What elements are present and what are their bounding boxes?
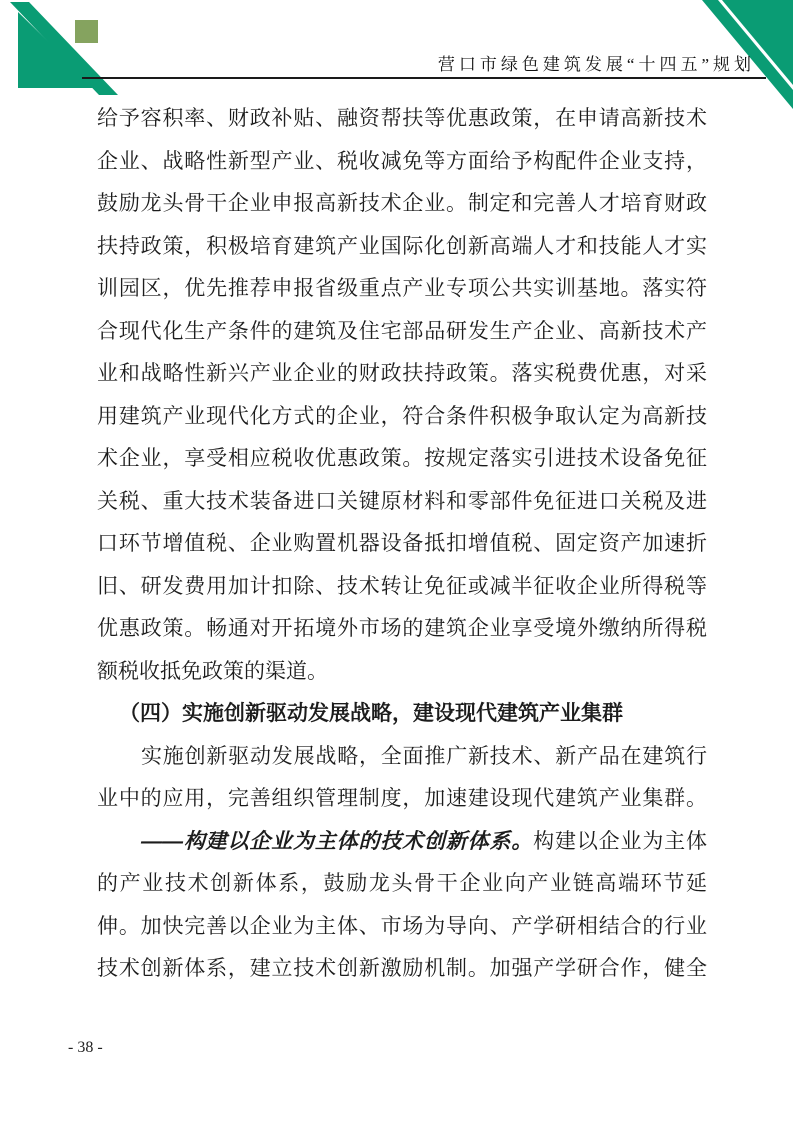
document-page: 营口市绿色建筑发展“十四五”规划 给予容积率、财政补贴、融资帮扶等优惠政策，在申… <box>0 0 793 1122</box>
body-line: 业和战略性新兴产业企业的财政扶持政策。落实税费优惠，对采 <box>97 353 707 396</box>
page-number: - 38 - <box>68 1039 103 1057</box>
header-rule <box>82 77 766 79</box>
body-line: 鼓励龙头骨干企业申报高新技术企业。制定和完善人才培育财政 <box>97 183 707 226</box>
body-text-block: 给予容积率、财政补贴、融资帮扶等优惠政策，在申请高新技术 企业、战略性新型产业、… <box>97 98 707 991</box>
body-line: 口环节增值税、企业购置机器设备抵扣增值税、固定资产加速折 <box>97 523 707 566</box>
body-line: 关税、重大技术装备进口关键原材料和零部件免征进口关税及进 <box>97 481 707 524</box>
body-line: 扶持政策，积极培育建筑产业国际化创新高端人才和技能人才实 <box>97 226 707 269</box>
body-line: 旧、研发费用加计扣除、技术转让免征或减半征收企业所得税等 <box>97 566 707 609</box>
body-line: 给予容积率、财政补贴、融资帮扶等优惠政策，在申请高新技术 <box>97 98 707 141</box>
body-line: 伸。加快完善以企业为主体、市场为导向、产学研相结合的行业 <box>97 906 707 949</box>
body-line: 优惠政策。畅通对开拓境外市场的建筑企业享受境外缴纳所得税 <box>97 608 707 651</box>
body-line: 业中的应用，完善组织管理制度，加速建设现代建筑产业集群。 <box>97 778 707 821</box>
body-line: 训园区，优先推荐申报省级重点产业专项公共实训基地。落实符 <box>97 268 707 311</box>
olive-square-icon <box>75 20 98 43</box>
body-line: 术企业，享受相应税收优惠政策。按规定落实引进技术设备免征 <box>97 438 707 481</box>
body-line: 技术创新体系，建立技术创新激励机制。加强产学研合作，健全 <box>97 948 707 991</box>
body-line: 企业、战略性新型产业、税收减免等方面给予构配件企业支持， <box>97 141 707 184</box>
page-header-title: 营口市绿色建筑发展“十四五”规划 <box>438 54 755 76</box>
body-line: 合现代化生产条件的建筑及住宅部品研发生产企业、高新技术产 <box>97 311 707 354</box>
body-line: 实施创新驱动发展战略，全面推广新技术、新产品在建筑行 <box>97 736 707 779</box>
top-left-corner-decoration <box>0 0 130 100</box>
body-line-bold-lead: ——构建以企业为主体的技术创新体系。 <box>141 830 533 853</box>
body-line-tail: 构建以企业为主体 <box>533 830 707 853</box>
body-line: 额税收抵免政策的渠道。 <box>97 651 707 694</box>
body-line: 用建筑产业现代化方式的企业，符合条件积极争取认定为高新技 <box>97 396 707 439</box>
section-heading: （四）实施创新驱动发展战略，建设现代建筑产业集群 <box>97 693 707 736</box>
body-line: 的产业技术创新体系，鼓励龙头骨干企业向产业链高端环节延 <box>97 863 707 906</box>
body-line: ——构建以企业为主体的技术创新体系。构建以企业为主体 <box>97 821 707 864</box>
